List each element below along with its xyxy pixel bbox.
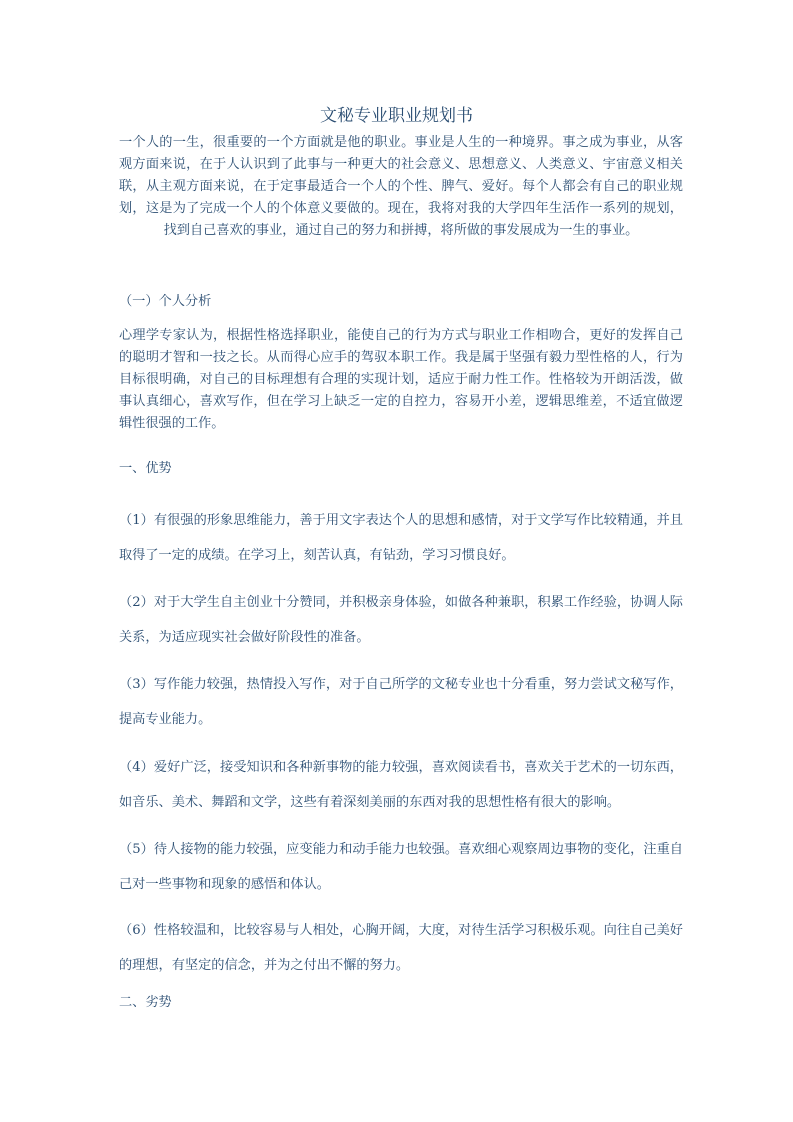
- strength-item-3: （3）写作能力较强，热情投入写作，对于自己所学的文秘专业也十分看重，努力尝试文秘…: [119, 667, 683, 737]
- intro-paragraph: 一个人的一生，很重要的一个方面就是他的职业。事业是人生的一种境界。事之成为事业，…: [119, 132, 683, 242]
- strength-item-5: （5）待人接物的能力较强，应变能力和动手能力也较强。喜欢细心观察周边事物的变化，…: [119, 832, 683, 902]
- strength-item-4: （4）爱好广泛，接受知识和各种新事物的能力较强，喜欢阅读看书，喜欢关于艺术的一切…: [119, 750, 683, 820]
- strength-item-1: （1）有很强的形象思维能力，善于用文字表达个人的思想和感情，对于文学写作比较精通…: [119, 503, 683, 573]
- strength-item-2: （2）对于大学生自主创业十分赞同，并积极亲身体验，如做各种兼职，积累工作经验，协…: [119, 585, 683, 655]
- weaknesses-heading: 二、劣势: [119, 992, 683, 1014]
- section-heading-personal-analysis: （一）个人分析: [119, 291, 683, 313]
- personal-analysis-paragraph: 心理学专家认为，根据性格选择职业，能使自己的行为方式与职业工作相吻合，更好的发挥…: [119, 325, 683, 435]
- strengths-heading: 一、优势: [119, 458, 683, 480]
- document-title: 文秘专业职业规划书: [0, 104, 793, 128]
- document-page: 文秘专业职业规划书 一个人的一生，很重要的一个方面就是他的职业。事业是人生的一种…: [0, 0, 793, 1122]
- strength-item-6: （6）性格较温和，比较容易与人相处，心胸开阔，大度，对待生活学习积极乐观。向往自…: [119, 913, 683, 983]
